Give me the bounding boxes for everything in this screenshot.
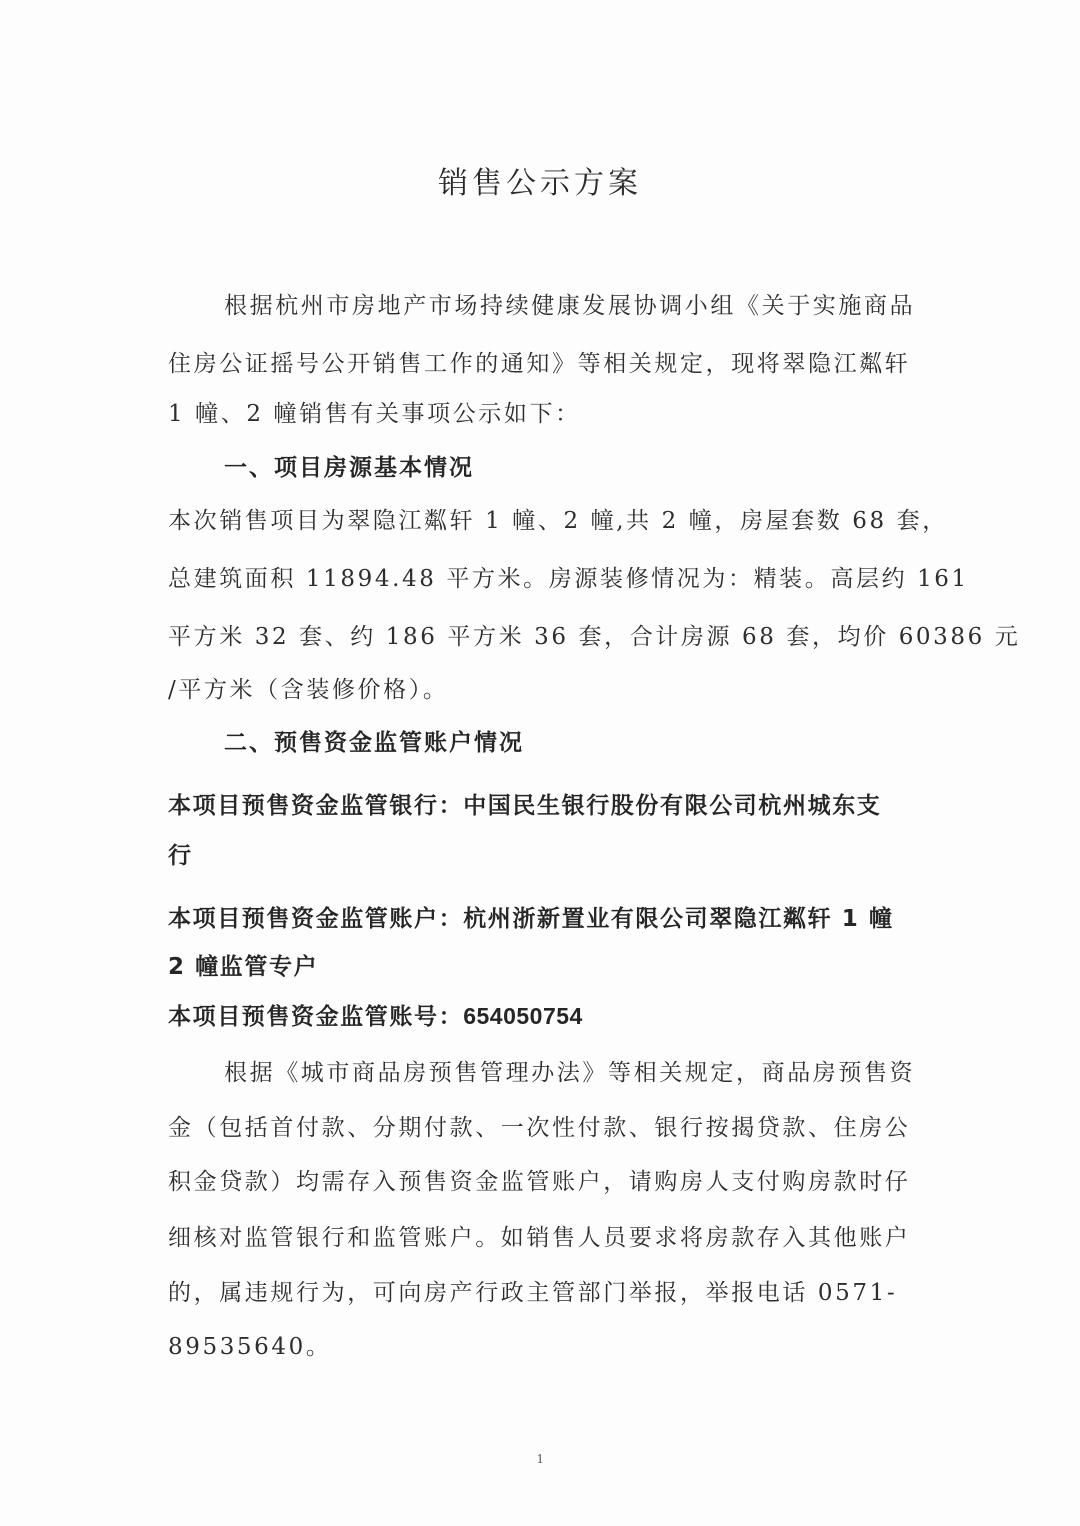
account-number-row: 本项目预售资金监管账号：654050754 (168, 1000, 928, 1033)
intro-line-2: 住房公证摇号公开销售工作的通知》等相关规定，现将翠隐江粼轩 (168, 348, 928, 380)
closing-line-2: 金（包括首付款、分期付款、一次性付款、银行按揭贷款、住房公 (168, 1112, 928, 1144)
closing-line-5: 的，属违规行为，可向房产行政主管部门举报，举报电话 0571- (168, 1277, 928, 1309)
supervising-bank-line-1: 本项目预售资金监管银行：中国民生银行股份有限公司杭州城东支 (168, 790, 928, 822)
section1-line-2: 总建筑面积 11894.48 平方米。房源装修情况为：精装。高层约 161 (168, 563, 928, 595)
supervising-bank-line-2: 行 (168, 840, 928, 872)
closing-line-1: 根据《城市商品房预售管理办法》等相关规定，商品房预售资 (224, 1057, 984, 1089)
account-number-label: 本项目预售资金监管账号： (168, 1004, 463, 1030)
page-number: 1 (0, 1452, 1080, 1468)
closing-line-6: 89535640。 (168, 1331, 928, 1363)
section1-line-1: 本次销售项目为翠隐江粼轩 1 幢、2 幢,共 2 幢，房屋套数 68 套， (168, 505, 928, 537)
closing-line-4: 细核对监管银行和监管账户。如销售人员要求将房款存入其他账户 (168, 1222, 928, 1254)
section1-line-4: /平方米（含装修价格）。 (168, 674, 928, 706)
section2-heading: 二、预售资金监管账户情况 (224, 727, 984, 759)
intro-line-3: 1 幢、2 幢销售有关事项公示如下： (168, 398, 928, 430)
supervising-account-line-1: 本项目预售资金监管账户：杭州浙新置业有限公司翠隐江粼轩 1 幢 (168, 903, 928, 935)
document-page: 销售公示方案 根据杭州市房地产市场持续健康发展协调小组《关于实施商品 住房公证摇… (0, 0, 1080, 1526)
supervising-account-line-2: 2 幢监管专户 (168, 951, 928, 983)
document-title: 销售公示方案 (0, 158, 1080, 202)
section1-line-3: 平方米 32 套、约 186 平方米 36 套，合计房源 68 套，均价 603… (168, 621, 928, 653)
intro-line-1: 根据杭州市房地产市场持续健康发展协调小组《关于实施商品 (224, 290, 984, 322)
account-number: 654050754 (463, 1003, 583, 1029)
section1-heading: 一、项目房源基本情况 (224, 452, 984, 484)
closing-line-3: 积金贷款）均需存入预售资金监管账户，请购房人支付购房款时仔 (168, 1166, 928, 1198)
